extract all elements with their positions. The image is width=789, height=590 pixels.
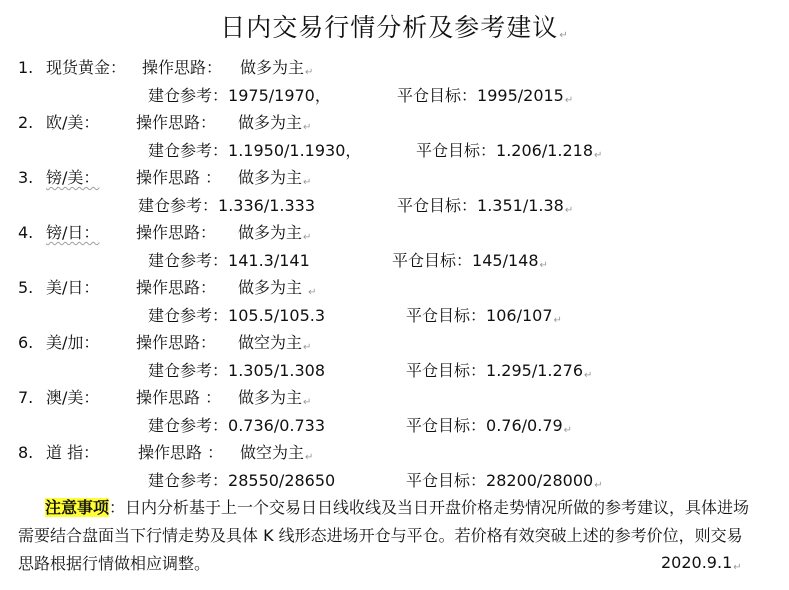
paragraph-mark-icon: ↵ [594, 150, 602, 161]
paragraph-mark-icon: ↵ [308, 287, 316, 298]
entry-reference: 建仓参考：1.1950/1.1930， [148, 141, 361, 161]
item-number: 4. [18, 223, 33, 243]
paragraph-mark-icon: ↵ [305, 67, 313, 78]
item-number: 6. [18, 333, 33, 353]
entry-reference: 建仓参考：28550/28650 [148, 471, 335, 491]
exit-target: 平仓目标：1.295/1.276↵ [406, 361, 592, 386]
paragraph-mark-icon: ↵ [564, 425, 572, 436]
instrument-name: 镑/美： [46, 168, 99, 188]
paragraph-mark-icon: ↵ [594, 480, 602, 491]
paragraph-mark-icon: ↵ [565, 205, 573, 216]
exit-target: 平仓目标：0.76/0.79↵ [406, 416, 572, 441]
strategy-label: 操作思路： [142, 58, 222, 78]
title-text: 日内交易行情分析及参考建议 [220, 13, 558, 42]
paragraph-mark-icon: ↵ [540, 260, 548, 271]
paragraph-mark-icon: ↵ [584, 370, 592, 381]
entry-reference: 建仓参考：141.3/141 [148, 251, 310, 271]
strategy-label: 操作思路： [136, 113, 216, 133]
exit-target: 平仓目标：1.206/1.218↵ [416, 141, 602, 166]
item-number: 5. [18, 278, 33, 298]
document-title: 日内交易行情分析及参考建议↵ [0, 8, 789, 44]
strategy-value: 做多为主↵ [238, 388, 311, 413]
instrument-name: 澳/美： [46, 388, 99, 408]
paragraph-mark-icon: ↵ [303, 122, 311, 133]
notes-text: 日内分析基于上一个交易日日线收线及当日开盘价格走势情况所做的参考建议，具体进场需… [18, 498, 749, 573]
strategy-label: 操作思路： [136, 278, 216, 298]
item-number: 1. [18, 58, 33, 78]
instrument-name: 美/日： [46, 278, 99, 298]
strategy-value: 做多为主↵ [238, 113, 311, 138]
exit-target: 平仓目标：28200/28000↵ [406, 471, 603, 496]
strategy-value: 做空为主↵ [238, 333, 311, 358]
notes-paragraph: 注意事项：日内分析基于上一个交易日日线收线及当日开盘价格走势情况所做的参考建议，… [18, 494, 758, 578]
instrument-name: 欧/美： [46, 113, 99, 133]
paragraph-mark-icon: ↵ [303, 342, 311, 353]
instrument-name: 现货黄金： [46, 58, 126, 78]
instrument-name: 道 指： [46, 443, 99, 463]
entry-reference: 建仓参考：1975/1970， [148, 86, 331, 106]
item-number: 2. [18, 113, 33, 133]
exit-target: 平仓目标：145/148↵ [392, 251, 548, 276]
paragraph-mark-icon: ↵ [565, 95, 573, 106]
instrument-name: 镑/日： [46, 223, 99, 243]
strategy-label: 操作思路： [136, 333, 216, 353]
strategy-value: 做多为主 ↵ [238, 278, 317, 303]
strategy-value: 做多为主↵ [238, 223, 311, 248]
strategy-label: 操作思路： [136, 223, 216, 243]
exit-target: 平仓目标：1.351/1.38↵ [397, 196, 573, 221]
paragraph-mark-icon: ↵ [554, 315, 562, 326]
paragraph-mark-icon: ↵ [303, 177, 311, 188]
entry-reference: 建仓参考：105.5/105.3 [148, 306, 325, 326]
entry-reference: 建仓参考：1.305/1.308 [148, 361, 325, 381]
exit-target: 平仓目标：106/107↵ [406, 306, 562, 331]
entry-reference: 建仓参考：1.336/1.333 [138, 196, 315, 216]
document-date: 2020.9.1↵ [661, 553, 742, 573]
notes-label: 注意事项 [45, 498, 109, 517]
strategy-value: 做空为主↵ [240, 443, 313, 468]
paragraph-mark-icon: ↵ [303, 397, 311, 408]
strategy-label: 操作思路 ： [138, 443, 223, 463]
strategy-label: 操作思路 ： [136, 168, 221, 188]
paragraph-mark-icon: ↵ [303, 232, 311, 243]
instrument-name: 美/加： [46, 333, 99, 353]
strategy-label: 操作思路 ： [136, 388, 221, 408]
item-number: 8. [18, 443, 33, 463]
entry-reference: 建仓参考：0.736/0.733 [148, 416, 325, 436]
item-number: 7. [18, 388, 33, 408]
paragraph-mark-icon: ↵ [559, 30, 568, 41]
exit-target: 平仓目标：1995/2015↵ [397, 86, 573, 111]
paragraph-mark-icon: ↵ [305, 452, 313, 463]
strategy-value: 做多为主↵ [238, 168, 311, 193]
item-number: 3. [18, 168, 33, 188]
strategy-value: 做多为主↵ [240, 58, 313, 83]
paragraph-mark-icon: ↵ [733, 562, 741, 573]
